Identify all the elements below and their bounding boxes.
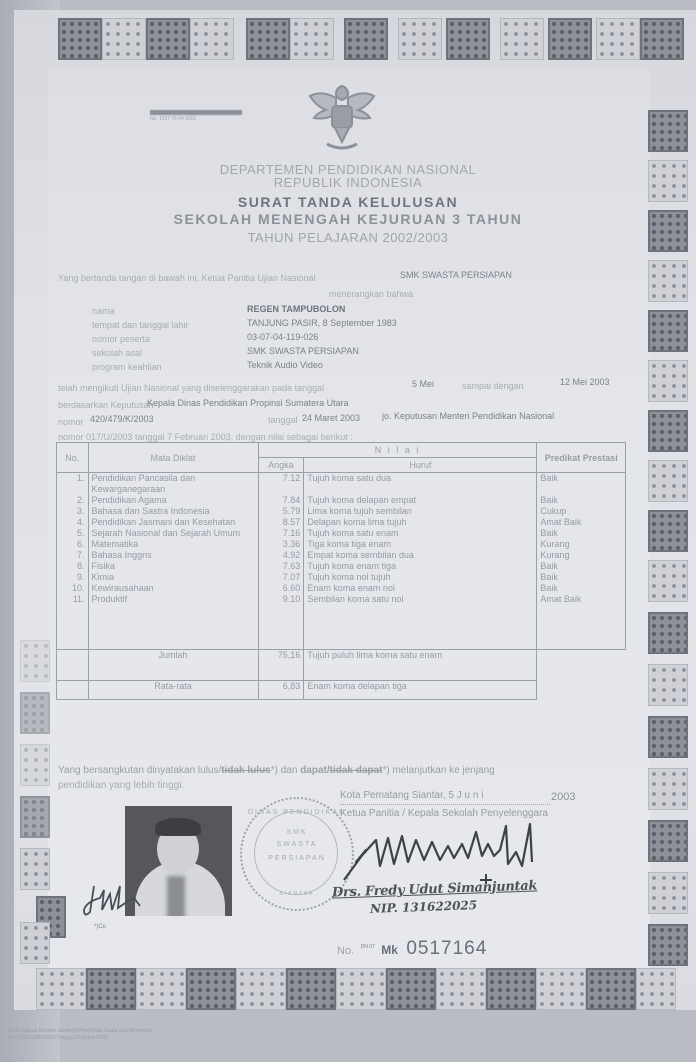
intro-line: Yang bertanda tangan di bawah ini, Ketua… (58, 273, 316, 283)
participant-number: 03-07-04-119-026 (247, 332, 318, 342)
row-number: 4. (57, 517, 89, 528)
exam-text: berdasarkan Keputusan (58, 400, 154, 410)
serial-label: No. (337, 945, 354, 957)
predicate: Amat Baik (537, 517, 626, 528)
sign-year: 2003 (551, 791, 575, 803)
student-name: REGEN TAMPUBOLON (247, 304, 345, 314)
subject-name: Produktif (88, 594, 258, 605)
intro-school: SMK SWASTA PERSIAPAN (400, 270, 512, 280)
field-label: tempat dan tanggal lahir (92, 320, 189, 330)
exam-text: tanggal (268, 415, 298, 425)
stamp-text: DINAS PENDIDIKAN (242, 809, 352, 816)
table-row: 8.Fisika7.63Tujuh koma enam tigaBaik (57, 561, 626, 572)
can-continue-option: dapat/ (300, 765, 329, 776)
total-row: Jumlah 75,16 Tujuh puluh lima koma satu … (57, 650, 626, 681)
cannot-continue-option: tidak dapat (330, 765, 383, 776)
field-label: program keahlian (92, 362, 162, 372)
score-words: Enam koma enam nol (304, 583, 537, 594)
score-words: Tujuh koma satu enam (304, 528, 537, 539)
security-serial-top: No. 1197 76 04 0201 (150, 110, 260, 120)
score-number: 7.84 (258, 495, 304, 506)
exam-start-date: 5 Mei (412, 379, 434, 389)
table-row: 1.Pendidikan Pancasila dan Kewarganegara… (57, 473, 626, 496)
subject-name: Bahasa Inggris (88, 550, 258, 561)
score-number: 7.12 (258, 473, 304, 496)
col-header-words: Huruf (304, 458, 537, 473)
conclusion-statement: Yang bersangkutan dinyatakan lulus/tidak… (58, 765, 495, 776)
score-number: 7.16 (258, 528, 304, 539)
total-words: Tujuh puluh lima koma satu enam (304, 650, 537, 681)
row-number: 3. (57, 506, 89, 517)
footnote: Surat Edaran Direktur Jenderal Pendidika… (8, 1028, 153, 1042)
predicate: Kurang (537, 539, 626, 550)
row-number: 11. (57, 594, 89, 605)
col-header-predicate: Predikat Prestasi (537, 443, 626, 473)
subject-name: Pendidikan Jasmani dan Kesehatan (88, 517, 258, 528)
table-row: 6.Matematika3.36Tiga koma tiga enamKuran… (57, 539, 626, 550)
col-header-no: No. (57, 443, 89, 473)
total-label: Jumlah (88, 650, 258, 681)
country-name: REPUBLIK INDONESIA (0, 175, 696, 190)
document-title: SURAT TANDA KELULUSAN (0, 194, 696, 210)
subject-name: Fisika (88, 561, 258, 572)
predicate: Baik (537, 583, 626, 594)
serial-prefix: Mk (381, 943, 398, 957)
exam-text: sampai dengan (462, 381, 524, 391)
predicate: Cukup (537, 506, 626, 517)
score-number: 5.79 (258, 506, 304, 517)
skill-program: Teknik Audio Video (247, 360, 323, 370)
row-number: 1. (57, 473, 89, 496)
score-words: Tujuh koma delapan empat (304, 495, 537, 506)
grades-body: 1.Pendidikan Pancasila dan Kewarganegara… (57, 473, 626, 650)
row-number: 8. (57, 561, 89, 572)
score-number: 4.92 (258, 550, 304, 561)
table-row: 5.Sejarah Nasional dan Sejarah Umum7.16T… (57, 528, 626, 539)
place-date: Kota Pematang Siantar, 5 J u n i (340, 790, 483, 801)
score-words: Empat koma sembilan dua (304, 550, 537, 561)
footnote-line: No. 1260/C/MN/2003 Tanggal 25 Maret 2003 (8, 1035, 153, 1042)
score-words: Tujuh koma satu dua (304, 473, 537, 496)
score-number: 9.10 (258, 594, 304, 605)
garuda-emblem-icon (305, 80, 379, 156)
decree-date: 24 Maret 2003 (302, 413, 360, 423)
col-header-score: N i l a i (258, 443, 537, 458)
predicate: Baik (537, 572, 626, 583)
student-signature (80, 880, 160, 920)
exam-text: nomor (58, 417, 84, 427)
conclusion-text: *) dan (271, 765, 298, 776)
col-header-subject: Mata Diklat (88, 443, 258, 473)
score-number: 7.63 (258, 561, 304, 572)
origin-school: SMK SWASTA PERSIAPAN (247, 346, 359, 356)
field-label: sekolah asal (92, 348, 142, 358)
score-words: Sembilan koma satu nol (304, 594, 537, 605)
exam-text: nomor 017/U/2003 tanggal 7 Februari 2003… (58, 432, 353, 442)
conclusion-line-2: pendidikan yang lebih tinggi. (58, 780, 184, 791)
subject-name: Pendidikan Agama (88, 495, 258, 506)
serial-code: DN 07 (361, 944, 375, 950)
ministerial-decree: jo. Keputusan Menteri Pendidikan Nasiona… (382, 411, 554, 421)
pass-option: lulus/ (198, 765, 221, 776)
subject-name: Kewirausahaan (88, 583, 258, 594)
row-number: 5. (57, 528, 89, 539)
student-sign-note: *)Co (94, 924, 106, 930)
predicate: Amat Baik (537, 594, 626, 605)
exam-text: telah mengikuti Ujian Nasional yang dise… (58, 383, 324, 393)
score-number: 6.60 (258, 583, 304, 594)
row-number: 6. (57, 539, 89, 550)
col-header-number: Angka (258, 458, 304, 473)
decree-number: 420/479/K/2003 (90, 414, 154, 424)
table-row: 9.Kimia7.07Tujuh koma nol tujuhBaik (57, 572, 626, 583)
footnote-line: Surat Edaran Direktur Jenderal Pendidika… (8, 1028, 153, 1035)
predicate: Baik (537, 473, 626, 496)
subject-name: Pendidikan Pancasila dan Kewarganegaraan (88, 473, 258, 496)
predicate: Baik (537, 528, 626, 539)
row-number: 7. (57, 550, 89, 561)
score-words: Tujuh koma nol tujuh (304, 572, 537, 583)
field-label: nomor peserta (92, 334, 150, 344)
score-number: 8.57 (258, 517, 304, 528)
average-number: 6,83 (258, 681, 304, 700)
serial-number: 0517164 (406, 938, 487, 959)
subject-name: Kimia (88, 572, 258, 583)
conclusion-text: Yang bersangkutan dinyatakan (58, 765, 195, 776)
conclusion-text: *) melanjutkan ke jenjang (382, 765, 494, 776)
certificate-serial: No. DN 07 Mk 0517164 (337, 938, 487, 960)
table-row: 11.Produktif9.10Sembilan koma satu nolAm… (57, 594, 626, 605)
field-label: nama (92, 306, 115, 316)
row-number: 10. (57, 583, 89, 594)
table-row: 7.Bahasa Inggris4.92Empat koma sembilan … (57, 550, 626, 561)
grades-table: No. Mata Diklat N i l a i Predikat Prest… (56, 442, 626, 700)
table-spacer (57, 605, 626, 650)
score-number: 7.07 (258, 572, 304, 583)
document-subtitle: SEKOLAH MENENGAH KEJURUAN 3 TAHUN (0, 211, 696, 227)
average-row: Rata-rata 6,83 Enam koma delapan tiga (57, 681, 626, 700)
exam-end-date: 12 Mei 2003 (560, 377, 610, 387)
birth-place-date: TANJUNG PASIR, 8 September 1983 (247, 318, 397, 328)
score-words: Lima koma tujuh sembilan (304, 506, 537, 517)
average-label: Rata-rata (88, 681, 258, 700)
subject-name: Sejarah Nasional dan Sejarah Umum (88, 528, 258, 539)
subject-name: Bahasa dan Sastra Indonesia (88, 506, 258, 517)
score-words: Tiga koma tiga enam (304, 539, 537, 550)
total-number: 75,16 (258, 650, 304, 681)
score-words: Delapan koma lima tujuh (304, 517, 537, 528)
predicate: Baik (537, 561, 626, 572)
table-row: 4.Pendidikan Jasmani dan Kesehatan8.57De… (57, 517, 626, 528)
principal-signature (336, 822, 566, 887)
intro-statement: menerangkan bahwa (329, 289, 413, 299)
date-underline (340, 804, 550, 805)
academic-year: TAHUN PELAJARAN 2002/2003 (0, 230, 696, 245)
signer-role: Ketua Panitia / Kepala Sekolah Penyeleng… (340, 808, 548, 819)
row-number: 2. (57, 495, 89, 506)
score-words: Tujuh koma enam tiga (304, 561, 537, 572)
subject-name: Matematika (88, 539, 258, 550)
average-words: Enam koma delapan tiga (304, 681, 537, 700)
predicate: Kurang (537, 550, 626, 561)
table-row: 2.Pendidikan Agama7.84Tujuh koma delapan… (57, 495, 626, 506)
score-number: 3.36 (258, 539, 304, 550)
not-pass-option: tidak lulus (221, 765, 270, 776)
row-number: 9. (57, 572, 89, 583)
predicate: Baik (537, 495, 626, 506)
table-row: 3.Bahasa dan Sastra Indonesia5.79Lima ko… (57, 506, 626, 517)
table-row: 10.Kewirausahaan6.60Enam koma enam nolBa… (57, 583, 626, 594)
decree-authority: Kepala Dinas Pendidikan Propinsi Sumater… (147, 398, 349, 408)
